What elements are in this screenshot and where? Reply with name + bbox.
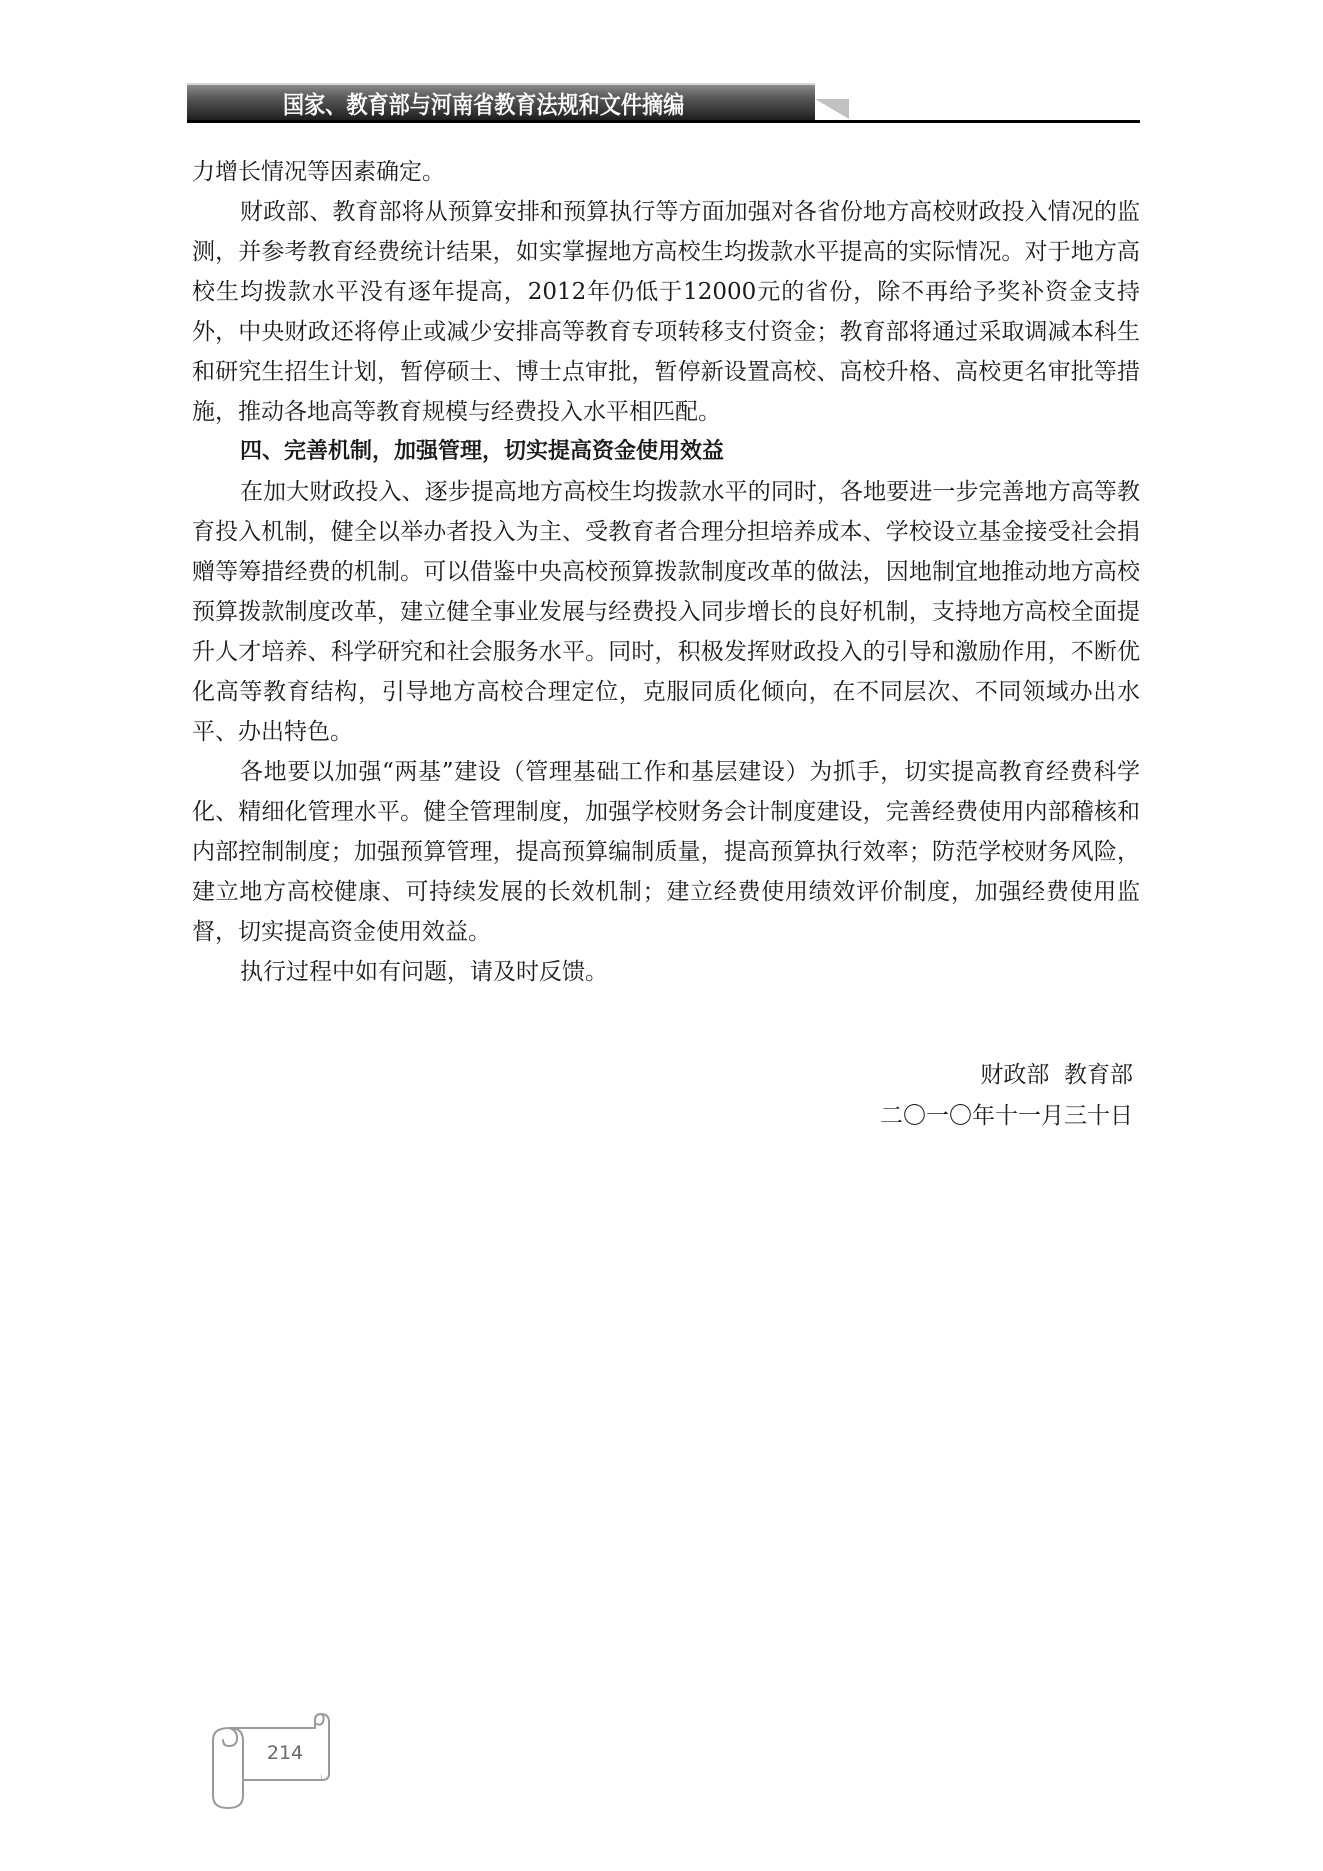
page-number-badge: 214 [207, 1712, 337, 1812]
running-header-banner: 国家、教育部与河南省教育法规和文件摘编 [187, 83, 815, 120]
issue-date: 二〇一〇年十一月三十日 [880, 1096, 1133, 1137]
paragraph-continuation: 力增长情况等因素确定。 [192, 152, 1140, 192]
section-heading-4: 四、完善机制，加强管理，切实提高资金使用效益 [192, 432, 1140, 472]
paragraph-management: 各地要以加强“两基”建设（管理基础工作和基层建设）为抓手，切实提高教育经费科学化… [192, 752, 1140, 952]
paragraph-mechanism: 在加大财政投入、逐步提高地方高校生均拨款水平的同时，各地要进一步完善地方高等教育… [192, 472, 1140, 752]
signature-block: 财政部 教育部 二〇一〇年十一月三十日 [880, 1055, 1133, 1137]
header-rule [187, 120, 1140, 123]
paragraph-feedback: 执行过程中如有问题，请及时反馈。 [192, 952, 1140, 992]
header-banner-fold-triangle [815, 99, 849, 119]
running-header-title: 国家、教育部与河南省教育法规和文件摘编 [283, 85, 684, 120]
issuing-authorities: 财政部 教育部 [880, 1055, 1133, 1096]
document-body: 力增长情况等因素确定。 财政部、教育部将从预算安排和预算执行等方面加强对各省份地… [192, 152, 1140, 992]
page-number: 214 [255, 1742, 315, 1764]
paragraph-monitoring: 财政部、教育部将从预算安排和预算执行等方面加强对各省份地方高校财政投入情况的监测… [192, 192, 1140, 432]
